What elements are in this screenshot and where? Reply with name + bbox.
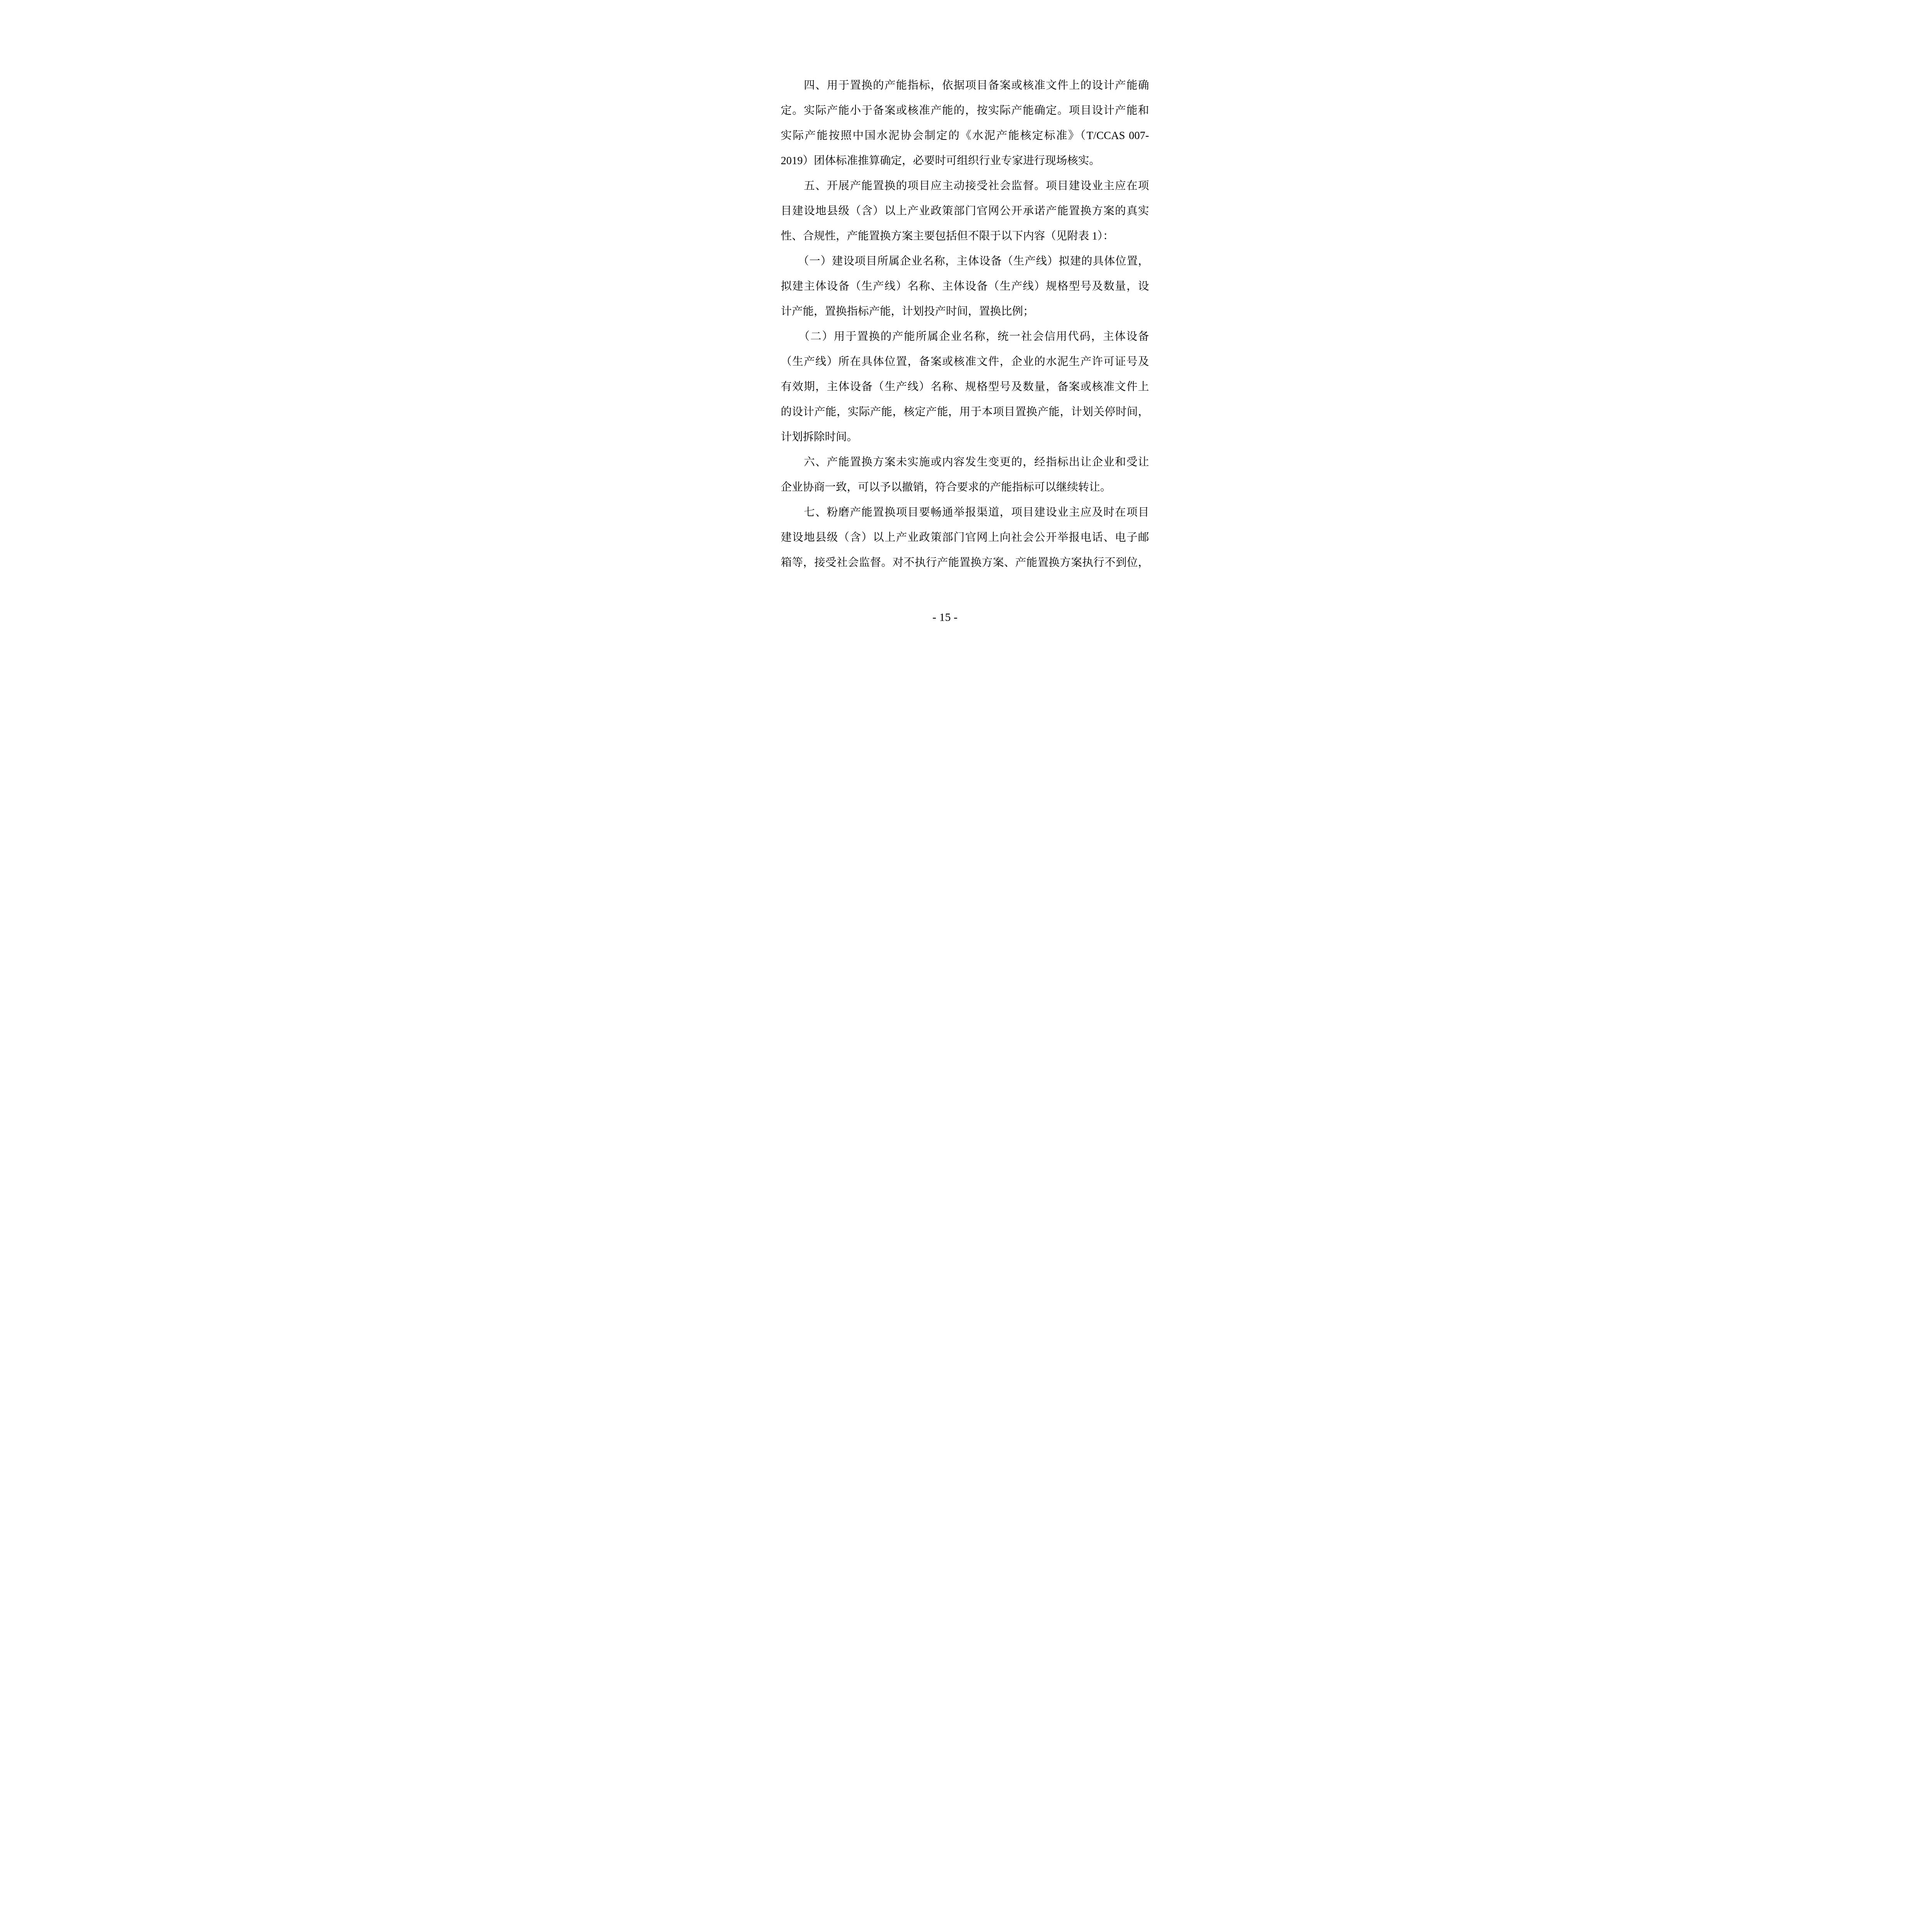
document-body: 四、用于置换的产能指标，依据项目备案或核准文件上的设计产能确 定。实际产能小于备… [781, 73, 1149, 575]
text-line: （二）用于置换的产能所属企业名称，统一社会信用代码，主体设备 [781, 324, 1149, 349]
text-line: 建设地县级（含）以上产业政策部门官网上向社会公开举报电话、电子邮 [781, 525, 1149, 550]
text-line: 目建设地县级（含）以上产业政策部门官网公开承诺产能置换方案的真实 [781, 199, 1149, 224]
text-line: 企业协商一致，可以予以撤销，符合要求的产能指标可以继续转让。 [781, 475, 1149, 500]
text-line: 四、用于置换的产能指标，依据项目备案或核准文件上的设计产能确 [781, 73, 1149, 98]
text-line: 的设计产能，实际产能，核定产能，用于本项目置换产能，计划关停时间， [781, 400, 1149, 425]
text-line: 性、合规性，产能置换方案主要包括但不限于以下内容（见附表 1）： [781, 224, 1149, 249]
text-line: 计划拆除时间。 [781, 425, 1149, 450]
text-line: 七、粉磨产能置换项目要畅通举报渠道，项目建设业主应及时在项目 [781, 500, 1149, 525]
text-line: 拟建主体设备（生产线）名称、主体设备（生产线）规格型号及数量，设 [781, 274, 1149, 299]
page-number: - 15 - [719, 612, 1171, 623]
text-line: 定。实际产能小于备案或核准产能的，按实际产能确定。项目设计产能和 [781, 98, 1149, 123]
document-page: 四、用于置换的产能指标，依据项目备案或核准文件上的设计产能确 定。实际产能小于备… [719, 0, 1198, 678]
text-line: （一）建设项目所属企业名称，主体设备（生产线）拟建的具体位置， [781, 249, 1149, 274]
text-line: 六、产能置换方案未实施或内容发生变更的，经指标出让企业和受让 [781, 450, 1149, 475]
text-line: 箱等，接受社会监督。对不执行产能置换方案、产能置换方案执行不到位， [781, 550, 1149, 575]
text-line: （生产线）所在具体位置，备案或核准文件，企业的水泥生产许可证号及 [781, 349, 1149, 374]
text-line: 计产能，置换指标产能，计划投产时间，置换比例； [781, 299, 1149, 324]
text-line: 五、开展产能置换的项目应主动接受社会监督。项目建设业主应在项 [781, 173, 1149, 199]
text-line: 实际产能按照中国水泥协会制定的《水泥产能核定标准》（T/CCAS 007- [781, 123, 1149, 148]
text-line: 有效期，主体设备（生产线）名称、规格型号及数量，备案或核准文件上 [781, 374, 1149, 400]
text-line: 2019）团体标准推算确定，必要时可组织行业专家进行现场核实。 [781, 148, 1149, 173]
